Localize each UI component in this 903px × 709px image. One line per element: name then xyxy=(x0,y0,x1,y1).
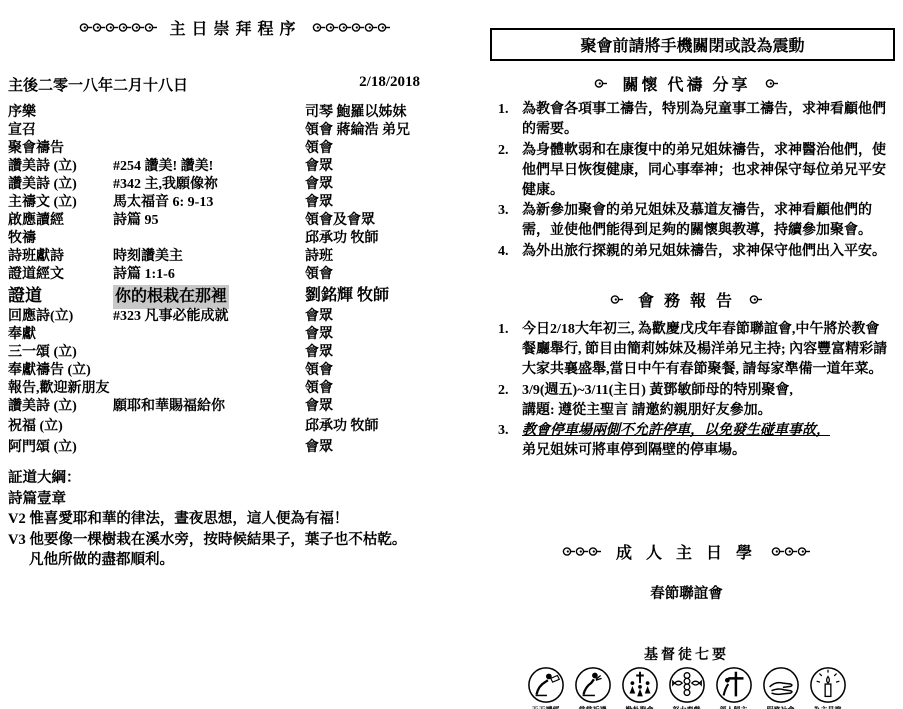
order-role: 司琴 鮑羅以姊妹 xyxy=(305,104,463,122)
order-item: 奉獻禱告 (立) xyxy=(8,362,113,380)
sermon-title-highlighted: 你的根栽在那裡 xyxy=(113,284,305,309)
list-item: 2.為身體軟弱和在康復中的弟兄姐妹禱告，求神醫治他們，使他們早日恢復健康，同心事… xyxy=(498,141,893,201)
order-row: 回應詩(立)#323 凡事必能成就會眾 xyxy=(8,308,463,326)
order-role: 領會 xyxy=(305,362,463,380)
order-item: 證道 xyxy=(8,284,113,309)
page-title-row: 主日崇拜程序 xyxy=(8,16,463,39)
person-cross-icon xyxy=(715,666,753,704)
order-item: 報告,歡迎新朋友 xyxy=(8,380,113,398)
order-detail: #254 讚美! 讚美! xyxy=(113,158,305,176)
order-row: 宣召領會 蔣綸浩 弟兄 xyxy=(8,122,463,140)
order-detail xyxy=(113,416,305,437)
outline-line: V3 他要像一棵樹栽在溪水旁，按時候結果子，葉子也不枯乾。 xyxy=(8,530,463,551)
order-detail xyxy=(113,230,305,248)
parking-warning: 教會停車場兩側不允許停車，以免發生碰車事故， xyxy=(522,423,830,438)
order-item: 讚美詩 (立) xyxy=(8,398,113,416)
essential-item: 天天讀經 xyxy=(524,666,567,709)
serving-hands-icon xyxy=(762,666,800,704)
order-role: 領會及會眾 xyxy=(305,212,463,230)
report-section-heading: 會 務 報 告 xyxy=(470,288,903,311)
phone-notice-text: 聚會前請將手機關閉或設為震動 xyxy=(580,38,804,55)
sunday-school-heading: 成 人 主 日 學 xyxy=(470,540,903,563)
order-item: 回應詩(立) xyxy=(8,308,113,326)
church-gathering-icon xyxy=(621,666,659,704)
order-row: 奉獻會眾 xyxy=(8,326,463,344)
list-item: 4.為外出旅行探親的弟兄姐妹禱告，求神保守他們出入平安。 xyxy=(498,242,893,262)
outline-heading: 証道大綱： xyxy=(8,468,463,489)
candle-icon xyxy=(809,666,847,704)
order-detail: 詩篇 1:1-6 xyxy=(113,266,305,284)
scroll-ornament-icon xyxy=(594,78,608,89)
order-detail xyxy=(113,104,305,122)
order-role: 會眾 xyxy=(305,308,463,326)
order-row: 證道經文詩篇 1:1-6領會 xyxy=(8,266,463,284)
order-row: 報告,歡迎新朋友領會 xyxy=(8,380,463,398)
order-role: 詩班 xyxy=(305,248,463,266)
essential-item: 常常祈禱 xyxy=(571,666,614,709)
scroll-triple-ornament-icon xyxy=(562,546,602,557)
order-role: 邱承功 牧師 xyxy=(305,416,463,437)
page-title: 主日崇拜程序 xyxy=(169,16,301,39)
order-item: 詩班獻詩 xyxy=(8,248,113,266)
item2-text: 3/9(週五)~3/11(主日) 黃鄧敏師母的特別聚會, 講題: 遵從主聖言 請… xyxy=(522,381,893,421)
order-row: 祝福 (立)邱承功 牧師 xyxy=(8,416,463,437)
order-detail xyxy=(113,326,305,344)
order-role: 領會 xyxy=(305,380,463,398)
praying-icon xyxy=(574,666,612,704)
worship-order-column: 主日崇拜程序 主後二零一八年二月十八日 2/18/2018 序樂司琴 鮑羅以姊妹… xyxy=(8,0,463,709)
order-role: 會眾 xyxy=(305,158,463,176)
order-detail: 時刻讚美主 xyxy=(113,248,305,266)
order-item: 聚會禱告 xyxy=(8,140,113,158)
order-row-sermon: 證道你的根栽在那裡劉銘輝 牧師 xyxy=(8,284,463,308)
order-row: 讚美詩 (立)#254 讚美! 讚美!會眾 xyxy=(8,158,463,176)
order-row: 序樂司琴 鮑羅以姊妹 xyxy=(8,104,463,122)
order-role: 會眾 xyxy=(305,326,463,344)
order-item: 主禱文 (立) xyxy=(8,194,113,212)
order-role: 領會 xyxy=(305,140,463,158)
order-detail xyxy=(113,380,305,398)
order-item: 祝福 (立) xyxy=(8,416,113,437)
order-role: 劉銘輝 牧師 xyxy=(305,284,463,309)
seven-essentials-icons: 天天讀經 常常祈禱 xyxy=(470,666,903,709)
care-list: 1.為教會各項事工禱告，特別為兒童事工禱告，求神看顧他們的需要。 2.為身體軟弱… xyxy=(498,100,893,263)
order-row: 牧禱邱承功 牧師 xyxy=(8,230,463,248)
outline-line: V2 惟喜愛耶和華的律法，晝夜思想，這人便為有福！ xyxy=(8,509,463,530)
order-detail: 馬太福音 6: 9-13 xyxy=(113,194,305,212)
order-role: 領會 蔣綸浩 弟兄 xyxy=(305,122,463,140)
phone-notice-box: 聚會前請將手機關閉或設為震動 xyxy=(490,28,895,61)
list-item: 1. 今日2/18大年初三, 為歡慶戊戌年春節聯誼會,中午將於教會餐廳舉行, 節… xyxy=(498,320,893,380)
order-row: 阿門頌 (立)會眾 xyxy=(8,437,463,458)
order-role: 領會 xyxy=(305,266,463,284)
order-item: 讚美詩 (立) xyxy=(8,158,113,176)
order-row: 奉獻禱告 (立)領會 xyxy=(8,362,463,380)
essential-item: 領人歸主 xyxy=(712,666,755,709)
seven-essentials-title: 基督徒七要 xyxy=(470,644,903,664)
order-role: 邱承功 牧師 xyxy=(305,230,463,248)
list-item: 3.為新參加聚會的弟兄姐妹及慕道友禱告，求神看顧他們的需，並使他們能得到足夠的關… xyxy=(498,201,893,241)
essential-item: 努力奉獻 xyxy=(665,666,708,709)
order-item: 阿門頌 (立) xyxy=(8,437,113,458)
order-detail xyxy=(113,140,305,158)
item3-text: 教會停車場兩側不允許停車，以免發生碰車事故， 弟兄姐妹可將車停到隔壁的停車場。 xyxy=(522,421,893,461)
order-item: 奉獻 xyxy=(8,326,113,344)
date-numeric: 2/18/2018 xyxy=(359,74,420,95)
care-section-heading: 關懷 代禱 分享 xyxy=(470,72,903,95)
order-role: 會眾 xyxy=(305,437,463,458)
order-row: 啟應讀經詩篇 95領會及會眾 xyxy=(8,212,463,230)
scroll-chain-ornament-icon xyxy=(312,22,392,33)
scroll-ornament-icon xyxy=(765,78,779,89)
outline-line: 凡他所做的盡都順利。 xyxy=(8,550,463,571)
sunday-school-topic: 春節聯誼會 xyxy=(470,582,903,603)
order-detail: 詩篇 95 xyxy=(113,212,305,230)
essential-item: 勤赴聚會 xyxy=(618,666,661,709)
order-row: 三一頌 (立)會眾 xyxy=(8,344,463,362)
order-detail xyxy=(113,122,305,140)
scroll-chain-ornament-icon xyxy=(79,22,159,33)
order-detail: #323 凡事必能成就 xyxy=(113,308,305,326)
date-chinese: 主後二零一八年二月十八日 xyxy=(8,74,188,95)
order-detail: #342 主,我願像祢 xyxy=(113,176,305,194)
order-item: 啟應讀經 xyxy=(8,212,113,230)
order-role: 會眾 xyxy=(305,194,463,212)
order-item: 讚美詩 (立) xyxy=(8,176,113,194)
loaves-fishes-icon xyxy=(668,666,706,704)
report-list: 1. 今日2/18大年初三, 為歡慶戊戌年春節聯誼會,中午將於教會餐廳舉行, 節… xyxy=(498,320,893,462)
list-item: 2. 3/9(週五)~3/11(主日) 黃鄧敏師母的特別聚會, 講題: 遵從主聖… xyxy=(498,381,893,421)
essential-item: 為主見證 xyxy=(806,666,849,709)
order-row: 詩班獻詩時刻讚美主詩班 xyxy=(8,248,463,266)
order-row: 讚美詩 (立)願耶和華賜福給你會眾 xyxy=(8,398,463,416)
order-detail xyxy=(113,362,305,380)
order-role: 會眾 xyxy=(305,398,463,416)
order-item: 三一頌 (立) xyxy=(8,344,113,362)
order-item: 證道經文 xyxy=(8,266,113,284)
scroll-ornament-icon xyxy=(610,294,624,305)
order-row: 讚美詩 (立)#342 主,我願像祢會眾 xyxy=(8,176,463,194)
order-item: 宣召 xyxy=(8,122,113,140)
date-row: 主後二零一八年二月十八日 2/18/2018 xyxy=(8,74,463,95)
list-item: 1.為教會各項事工禱告，特別為兒童事工禱告，求神看顧他們的需要。 xyxy=(498,100,893,140)
order-role: 會眾 xyxy=(305,176,463,194)
seven-essentials: 基督徒七要 天天讀經 xyxy=(470,644,903,709)
order-item: 牧禱 xyxy=(8,230,113,248)
scroll-triple-ornament-icon xyxy=(771,546,811,557)
sermon-outline: 証道大綱： 詩篇壹章 V2 惟喜愛耶和華的律法，晝夜思想，這人便為有福！ V3 … xyxy=(8,468,463,571)
order-detail: 願耶和華賜福給你 xyxy=(113,398,305,416)
order-item: 序樂 xyxy=(8,104,113,122)
essential-item: 服務社會 xyxy=(759,666,802,709)
scroll-ornament-icon xyxy=(749,294,763,305)
order-row: 主禱文 (立)馬太福音 6: 9-13會眾 xyxy=(8,194,463,212)
outline-line: 詩篇壹章 xyxy=(8,489,463,510)
reading-icon xyxy=(527,666,565,704)
order-detail xyxy=(113,344,305,362)
order-role: 會眾 xyxy=(305,344,463,362)
order-detail xyxy=(113,437,305,458)
order-of-worship: 序樂司琴 鮑羅以姊妹 宣召領會 蔣綸浩 弟兄 聚會禱告領會 讚美詩 (立)#25… xyxy=(8,104,463,458)
order-row: 聚會禱告領會 xyxy=(8,140,463,158)
list-item: 3. 教會停車場兩側不允許停車，以免發生碰車事故， 弟兄姐妹可將車停到隔壁的停車… xyxy=(498,421,893,461)
announcements-column: 聚會前請將手機關閉或設為震動 關懷 代禱 分享 1.為教會各項事工禱告，特別為兒… xyxy=(470,0,903,709)
